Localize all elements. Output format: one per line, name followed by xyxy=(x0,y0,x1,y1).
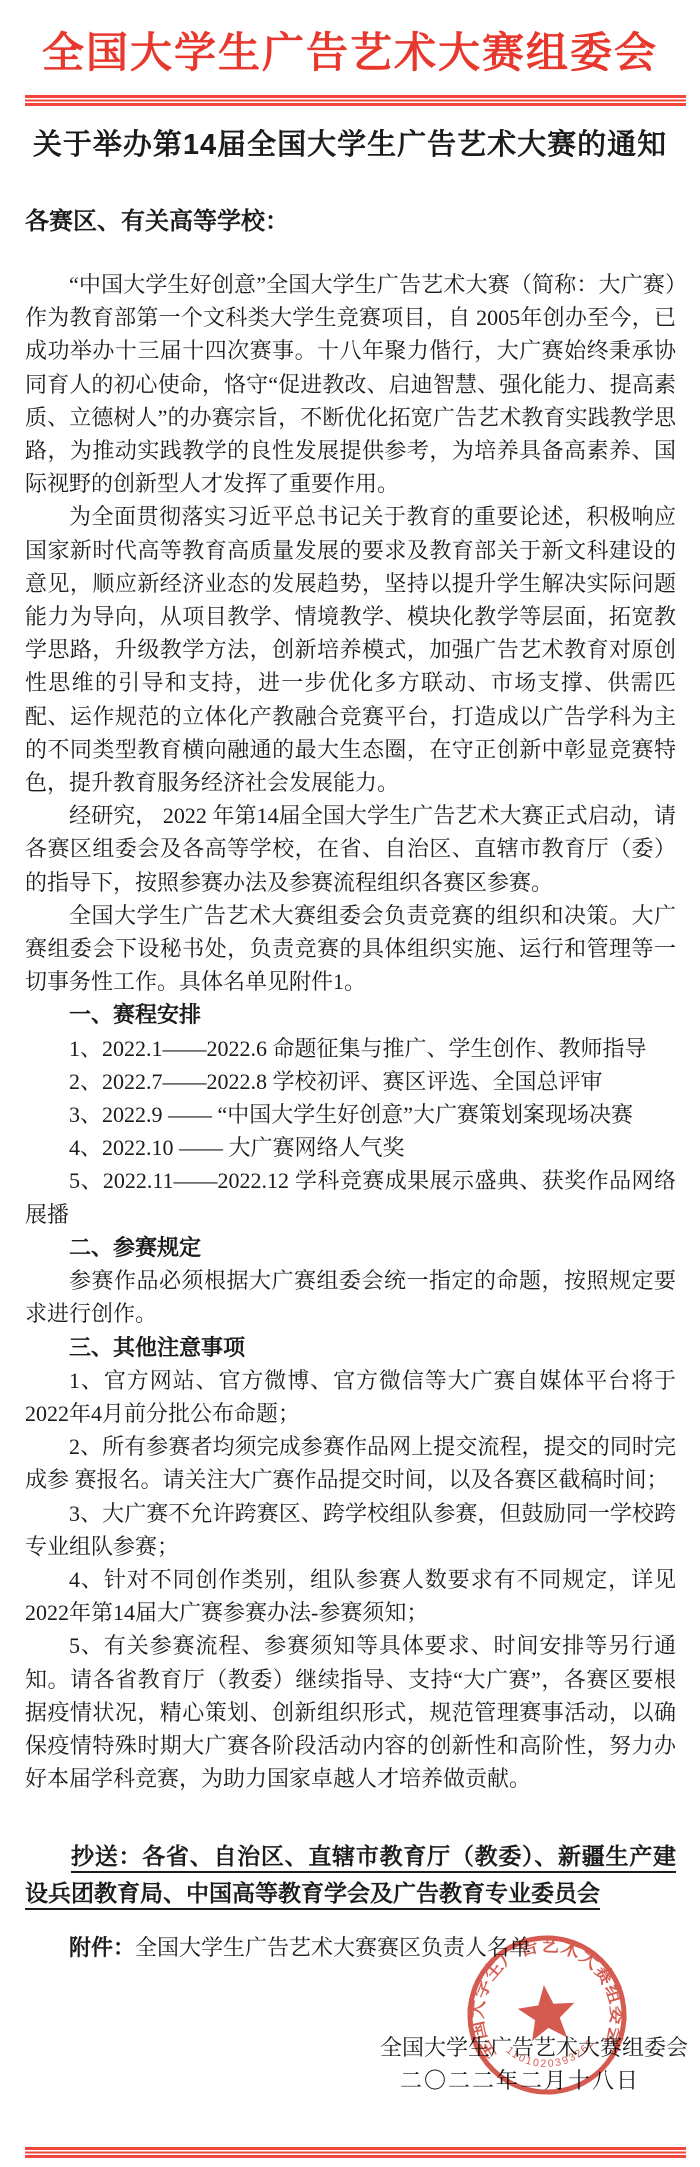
note-item: 4、针对不同创作类别，组队参赛人数要求有不同规定，详见2022年第14届大广赛参… xyxy=(25,1563,676,1629)
attachment-line: 附件：全国大学生广告艺术大赛赛区负责人名单 xyxy=(25,1931,676,1964)
attachment-label: 附件： xyxy=(69,1935,135,1960)
intro-paragraph: 全国大学生广告艺术大赛组委会负责竞赛的组织和决策。大广赛组委会下设秘书处，负责竞… xyxy=(25,899,676,999)
note-item: 2、所有参赛者均须完成参赛作品网上提交流程，提交的同时完成参 赛报名。请关注大广… xyxy=(25,1430,676,1496)
document-body: “中国大学生好创意”全国大学生广告艺术大赛（简称：大广赛）作为教育部第一个文科类… xyxy=(25,268,676,1795)
org-header-title: 全国大学生广告艺术大赛组委会 xyxy=(10,30,690,78)
schedule-item: 2、2022.7——2022.8 学校初评、赛区评选、全国总评审 xyxy=(25,1065,676,1098)
schedule-item: 1、2022.1——2022.6 命题征集与推广、学生创作、教师指导 xyxy=(25,1032,676,1065)
section-heading-schedule: 一、赛程安排 xyxy=(25,998,676,1031)
signature-org: 全国大学生广告艺术大赛组委会 xyxy=(0,2031,700,2064)
section-heading-rules: 二、参赛规定 xyxy=(25,1231,676,1264)
intro-paragraph: 为全面贯彻落实习近平总书记关于教育的重要论述，积极响应国家新时代高等教育高质量发… xyxy=(25,500,676,799)
footer-double-rule xyxy=(25,2147,686,2158)
cc-block: 抄送：各省、自治区、直辖市教育厅（教委）、新疆生产建设兵团教育局、中国高等教育学… xyxy=(25,1838,676,1912)
note-item: 1、官方网站、官方微博、官方微信等大广赛自媒体平台将于2022年4月前分批公布命… xyxy=(25,1364,676,1430)
note-item: 3、大广赛不允许跨赛区、跨学校组队参赛，但鼓励同一学校跨专业组队参赛； xyxy=(25,1497,676,1563)
signature-date: 二〇二二年二月十八日 xyxy=(0,2064,700,2097)
attachment-text: 全国大学生广告艺术大赛赛区负责人名单 xyxy=(135,1935,531,1960)
signature-block: 全国大学生广告艺术大赛组委会 二〇二二年二月十八日 xyxy=(0,2031,700,2097)
schedule-item: 3、2022.9 —— “中国大学生好创意”大广赛策划案现场决赛 xyxy=(25,1098,676,1131)
rules-paragraph: 参赛作品必须根据大广赛组委会统一指定的命题，按照规定要求进行创作。 xyxy=(25,1264,676,1330)
salutation: 各赛区、有关高等学校： xyxy=(25,207,676,237)
intro-paragraph: “中国大学生好创意”全国大学生广告艺术大赛（简称：大广赛）作为教育部第一个文科类… xyxy=(25,268,676,500)
section-heading-notes: 三、其他注意事项 xyxy=(25,1331,676,1364)
schedule-item: 5、2022.11——2022.12 学科竞赛成果展示盛典、获奖作品网络展播 xyxy=(25,1164,676,1230)
cc-line: 抄送：各省、自治区、直辖市教育厅（教委）、新疆生产建设兵团教育局、中国高等教育学… xyxy=(25,1838,676,1912)
notice-document: 全国大学生广告艺术大赛组委会 关于举办第14届全国大学生广告艺术大赛的通知 各赛… xyxy=(0,0,700,2167)
header-double-rule xyxy=(25,95,686,106)
note-item: 5、有关参赛流程、参赛须知等具体要求、时间安排等另行通知。请各省教育厅（教委）继… xyxy=(25,1629,676,1795)
notice-title: 关于举办第14届全国大学生广告艺术大赛的通知 xyxy=(10,127,690,163)
intro-paragraph: 经研究， 2022 年第14届全国大学生广告艺术大赛正式启动，请各赛区组委会及各… xyxy=(25,799,676,899)
schedule-item: 4、2022.10 —— 大广赛网络人气奖 xyxy=(25,1131,676,1164)
